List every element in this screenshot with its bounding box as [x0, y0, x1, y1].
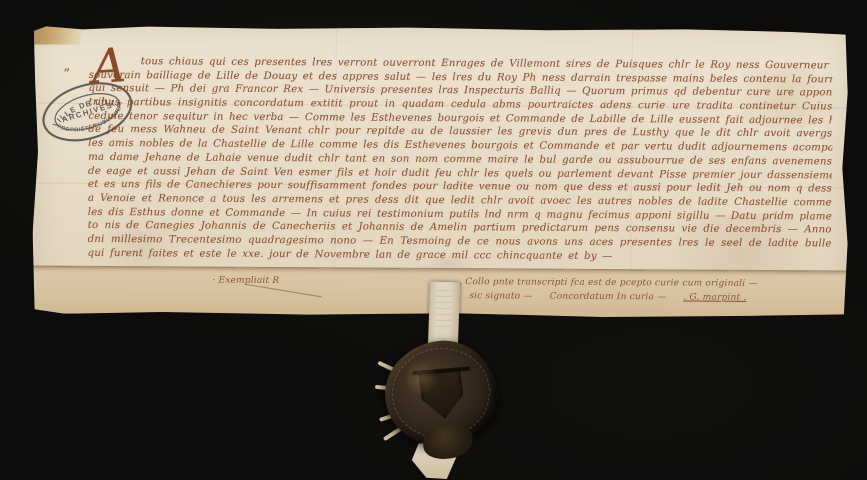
photo-background: VILLE DE LILLE PROPRIÉTÉ PUBLIQUE ARCHIV… [0, 0, 867, 480]
manuscript-line: qui furent faites et este le xxe. jour d… [87, 246, 697, 263]
opening-mark: „ [64, 59, 71, 74]
wax-seal [379, 335, 503, 452]
clerk-signature: . G. marpint . [683, 292, 746, 302]
collation-note-line2: sic signato — Concordatum In curia — . G… [469, 291, 760, 303]
manuscript-text-block: tous chiaus qui ces presentes lres verro… [87, 55, 832, 265]
charter-document: VILLE DE LILLE PROPRIÉTÉ PUBLIQUE ARCHIV… [32, 25, 849, 319]
parchment-seal-tag [428, 281, 460, 348]
collation-note-part: Concordatum In curia — [550, 292, 667, 303]
collation-note-part: sic signato — [469, 291, 532, 301]
collation-note-line1: „ Collo pnte transcripti fca est de pcep… [457, 277, 757, 289]
damaged-corner [32, 24, 86, 45]
